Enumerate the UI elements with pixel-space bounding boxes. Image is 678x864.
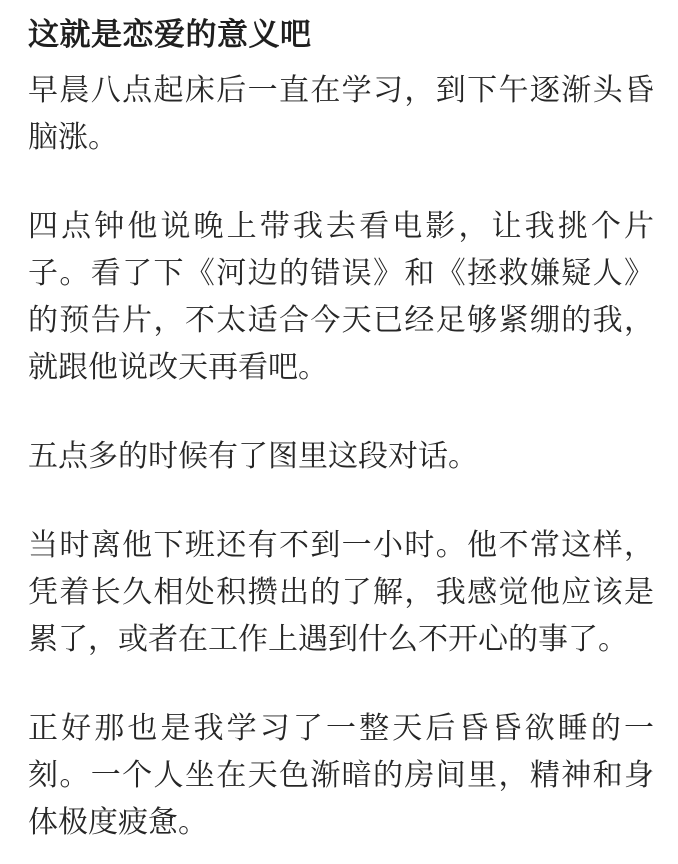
post-article: 这就是恋爱的意义吧 早晨八点起床后一直在学习，到下午逐渐头昏脑涨。 四点钟他说晚… — [0, 0, 678, 864]
post-title: 这就是恋爱的意义吧 — [28, 12, 654, 57]
post-paragraph-3: 五点多的时候有了图里这段对话。 — [28, 433, 654, 480]
post-paragraph-2: 四点钟他说晚上带我去看电影，让我挑个片子。看了下《河边的错误》和《拯救嫌疑人》的… — [28, 203, 654, 391]
post-paragraph-5: 正好那也是我学习了一整天后昏昏欲睡的一刻。一个人坐在天色渐暗的房间里，精神和身体… — [28, 705, 654, 846]
post-paragraph-4: 当时离他下班还有不到一小时。他不常这样，凭着长久相处积攒出的了解，我感觉他应该是… — [28, 522, 654, 663]
post-paragraph-1: 早晨八点起床后一直在学习，到下午逐渐头昏脑涨。 — [28, 67, 654, 161]
